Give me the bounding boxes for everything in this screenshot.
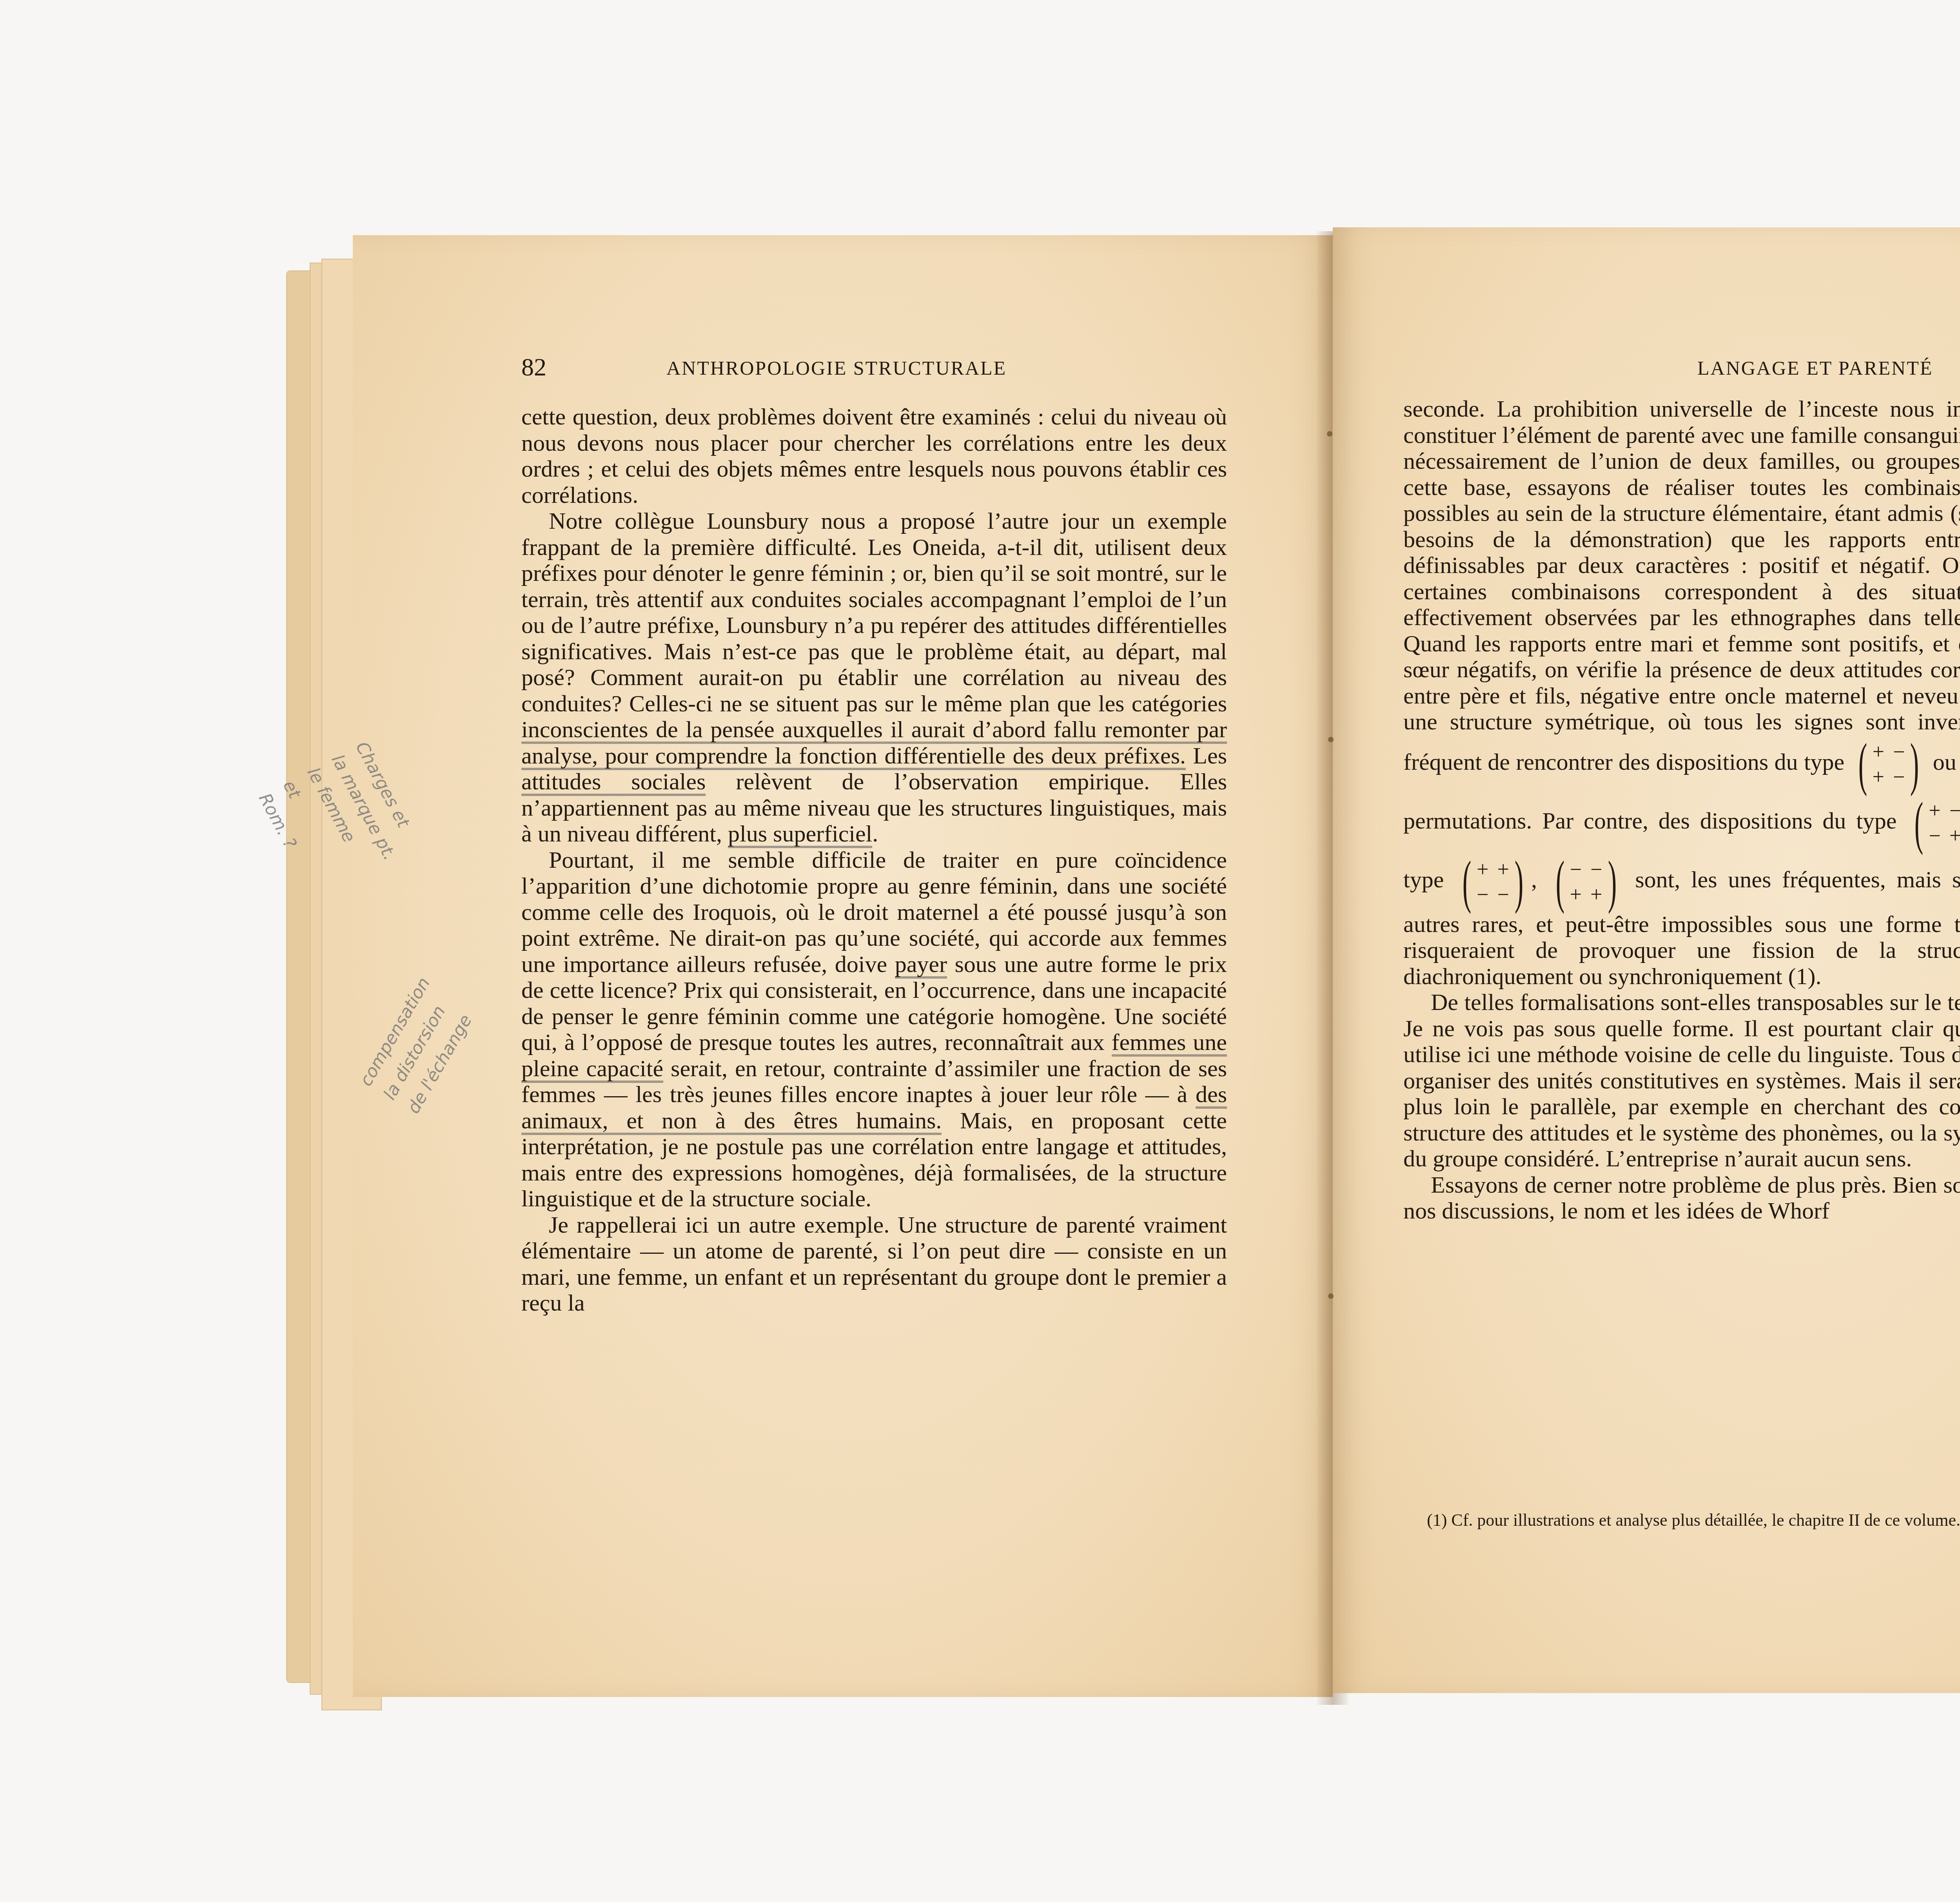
left-page: 82 ANTHROPOLOGIE STRUCTURALE cette quest… [353, 235, 1333, 1697]
text-run: ou [1927, 749, 1960, 774]
pencil-underline: attitudes sociales [521, 769, 706, 796]
body-text: cette question, deux problèmes doivent ê… [521, 404, 1227, 1316]
binding-thread [1327, 431, 1332, 437]
pencil-underline: payer [895, 951, 947, 979]
text-run: De telles formalisations sont-elles tran… [1403, 989, 1960, 1171]
text-run: cette question, deux problèmes doivent ê… [521, 404, 1227, 508]
text-run: Notre collègue Lounsbury nous a proposé … [521, 508, 1227, 716]
right-page: LANGAGE ET PARENTÉ 83 seconde. La prohib… [1333, 227, 1960, 1693]
paragraph: Pourtant, il me semble difficile de trai… [521, 847, 1227, 1212]
paragraph: Notre collègue Lounsbury nous a proposé … [521, 508, 1227, 847]
open-book: 82 ANTHROPOLOGIE STRUCTURALE cette quest… [0, 0, 1960, 1902]
body-text: seconde. La prohibition universelle de l… [1403, 396, 1960, 1224]
paragraph: Essayons de cerner notre problème de plu… [1403, 1172, 1960, 1224]
footnote: (1) Cf. pour illustrations et analyse pl… [1403, 1509, 1960, 1532]
text-run: . [872, 821, 878, 847]
text-run: Je rappellerai ici un autre exemple. Une… [521, 1212, 1227, 1316]
paragraph: Je rappellerai ici un autre exemple. Une… [521, 1212, 1227, 1316]
text-run: , [1531, 866, 1548, 892]
sign-matrix: (++−−) [1457, 852, 1529, 911]
paragraph: cette question, deux problèmes doivent ê… [521, 404, 1227, 508]
sign-matrix: (+−+−) [1853, 735, 1925, 794]
page-number: 82 [521, 353, 546, 382]
binding-thread [1328, 1293, 1334, 1299]
pencil-underline: inconscientes de la pensée auxquelles il… [521, 716, 1227, 770]
pencil-underline: plus superficiel [728, 821, 872, 848]
text-run: Essayons de cerner notre problème de plu… [1403, 1172, 1960, 1224]
running-head: LANGAGE ET PARENTÉ [1697, 357, 1933, 379]
sign-matrix: (+−−+) [1909, 794, 1960, 852]
text-run: Les [1186, 743, 1227, 769]
paragraph: De telles formalisations sont-elles tran… [1403, 989, 1960, 1172]
text-run: seconde. La prohibition universelle de l… [1403, 396, 1960, 774]
binding-thread [1328, 737, 1334, 742]
sign-matrix: (−−++) [1550, 852, 1622, 911]
running-head: ANTHROPOLOGIE STRUCTURALE [666, 357, 1007, 379]
paragraph: seconde. La prohibition universelle de l… [1403, 396, 1960, 989]
